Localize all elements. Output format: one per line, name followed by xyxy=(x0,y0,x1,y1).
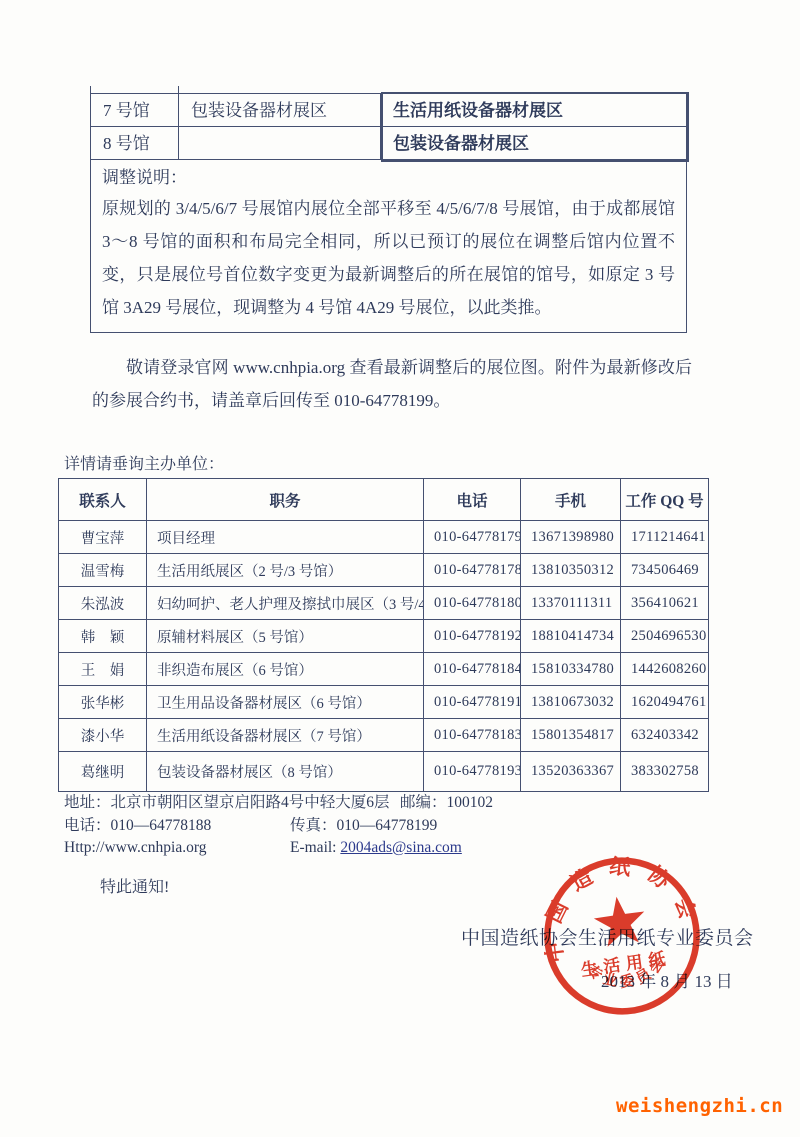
contact-table-header-row: 联系人 职务 电话 手机 工作 QQ 号 xyxy=(59,479,709,521)
table-row: 韩 颖 原辅材料展区（5 号馆） 010-64778192 1881041473… xyxy=(59,620,709,653)
cell-phone: 010-64778180 xyxy=(424,587,521,620)
cell-phone: 010-64778179 xyxy=(424,521,521,554)
cell-name: 王 娟 xyxy=(59,653,147,686)
scanned-notice-page: 7 号馆 包装设备器材展区 生活用纸设备器材展区 8 号馆 包装设备器材展区 调… xyxy=(0,0,800,1137)
cell-role: 生活用纸展区（2 号/3 号馆） xyxy=(147,554,424,587)
cell-role: 非织造布展区（6 号馆） xyxy=(147,653,424,686)
email-wrap: E-mail: 2004ads@sina.com xyxy=(290,837,462,860)
cell-phone: 010-64778192 xyxy=(424,620,521,653)
new-zone-cell: 生活用纸设备器材展区 xyxy=(381,94,686,127)
cell-qq: 2504696530 xyxy=(621,620,709,653)
cell-role: 原辅材料展区（5 号馆） xyxy=(147,620,424,653)
email-label: E-mail: xyxy=(290,839,340,856)
contact-intro-line: 详情请垂询主办单位： xyxy=(64,451,224,474)
cell-name: 漆小华 xyxy=(59,719,147,752)
cell-role: 生活用纸设备器材展区（7 号馆） xyxy=(147,719,424,752)
cell-qq: 356410621 xyxy=(621,587,709,620)
hall-number-cell: 8 号馆 xyxy=(91,127,179,160)
cell-role: 妇幼呵护、老人护理及擦拭巾展区（3 号/4 号馆） xyxy=(147,587,424,620)
email-link[interactable]: 2004ads@sina.com xyxy=(340,839,461,856)
organizer-contact-block: 地址：北京市朝阳区望京启阳路4号中轻大厦6层 邮编：100102 电话：010—… xyxy=(64,792,704,860)
table-continuation-stub xyxy=(90,86,91,93)
postcode-text: 邮编：100102 xyxy=(400,792,493,815)
cell-name: 温雪梅 xyxy=(59,554,147,587)
cell-mobile: 13520363367 xyxy=(521,752,621,792)
header-position: 职务 xyxy=(147,479,424,521)
cell-role: 包装设备器材展区（8 号馆） xyxy=(147,752,424,792)
cell-mobile: 18810414734 xyxy=(521,620,621,653)
final-notice-text: 特此通知! xyxy=(100,874,169,897)
table-row: 王 娟 非织造布展区（6 号馆） 010-64778184 1581033478… xyxy=(59,653,709,686)
table-row: 张华彬 卫生用品设备器材展区（6 号馆） 010-64778191 138106… xyxy=(59,686,709,719)
fax-text: 传真：010—64778199 xyxy=(290,815,437,838)
cell-mobile: 13370111311 xyxy=(521,587,621,620)
official-seal-stamp: 中国造纸协会 生活用纸 专业委员会 xyxy=(537,855,707,1017)
cell-role: 卫生用品设备器材展区（6 号馆） xyxy=(147,686,424,719)
cell-name: 韩 颖 xyxy=(59,620,147,653)
website-text: Http://www.cnhpia.org xyxy=(64,839,207,856)
hall-adjustment-table: 7 号馆 包装设备器材展区 生活用纸设备器材展区 8 号馆 包装设备器材展区 调… xyxy=(90,93,687,333)
address-text: 地址：北京市朝阳区望京启阳路4号中轻大厦6层 xyxy=(64,794,390,811)
table-row: 曹宝萍 项目经理 010-64778179 13671398980 171121… xyxy=(59,521,709,554)
table-row: 温雪梅 生活用纸展区（2 号/3 号馆） 010-64778178 138103… xyxy=(59,554,709,587)
cell-name: 葛继明 xyxy=(59,752,147,792)
cell-phone: 010-64778193 xyxy=(424,752,521,792)
phone-fax-line: 电话：010—64778188 传真：010—64778199 xyxy=(64,815,704,838)
cell-qq: 383302758 xyxy=(621,752,709,792)
site-watermark: weishengzhi.cn xyxy=(616,1095,783,1117)
header-mobile: 手机 xyxy=(521,479,621,521)
new-zone-cell: 包装设备器材展区 xyxy=(381,127,686,160)
hall-number-cell: 7 号馆 xyxy=(91,94,179,127)
table-row: 朱泓波 妇幼呵护、老人护理及擦拭巾展区（3 号/4 号馆） 010-647781… xyxy=(59,587,709,620)
cell-name: 朱泓波 xyxy=(59,587,147,620)
header-phone: 电话 xyxy=(424,479,521,521)
cell-mobile: 13810673032 xyxy=(521,686,621,719)
adjustment-note-cell: 调整说明： 原规划的 3/4/5/6/7 号展馆内展位全部平移至 4/5/6/7… xyxy=(91,160,686,332)
cell-qq: 1620494761 xyxy=(621,686,709,719)
contact-table: 联系人 职务 电话 手机 工作 QQ 号 曹宝萍 项目经理 010-647781… xyxy=(58,478,709,792)
cell-mobile: 15810334780 xyxy=(521,653,621,686)
header-qq: 工作 QQ 号 xyxy=(621,479,709,521)
website-notice-paragraph: 敬请登录官网 www.cnhpia.org 查看最新调整后的展位图。附件为最新修… xyxy=(92,351,692,417)
cell-phone: 010-64778191 xyxy=(424,686,521,719)
table-row: 葛继明 包装设备器材展区（8 号馆） 010-64778193 13520363… xyxy=(59,752,709,792)
cell-name: 曹宝萍 xyxy=(59,521,147,554)
old-zone-cell: 包装设备器材展区 xyxy=(179,94,381,127)
address-line: 地址：北京市朝阳区望京启阳路4号中轻大厦6层 邮编：100102 xyxy=(64,792,704,815)
cell-mobile: 13810350312 xyxy=(521,554,621,587)
cell-phone: 010-64778183 xyxy=(424,719,521,752)
table-row: 漆小华 生活用纸设备器材展区（7 号馆） 010-64778183 158013… xyxy=(59,719,709,752)
table-continuation-stub xyxy=(178,86,179,93)
cell-phone: 010-64778184 xyxy=(424,653,521,686)
cell-mobile: 15801354817 xyxy=(521,719,621,752)
cell-qq: 632403342 xyxy=(621,719,709,752)
cell-qq: 734506469 xyxy=(621,554,709,587)
cell-phone: 010-64778178 xyxy=(424,554,521,587)
cell-mobile: 13671398980 xyxy=(521,521,621,554)
cell-qq: 1711214641 xyxy=(621,521,709,554)
phone-text: 电话：010—64778188 xyxy=(64,817,211,834)
hall-table-rows: 7 号馆 包装设备器材展区 生活用纸设备器材展区 8 号馆 包装设备器材展区 xyxy=(91,94,686,160)
adjustment-note-title: 调整说明： xyxy=(102,164,675,192)
adjustment-note-body: 原规划的 3/4/5/6/7 号展馆内展位全部平移至 4/5/6/7/8 号展馆… xyxy=(102,192,675,324)
cell-qq: 1442608260 xyxy=(621,653,709,686)
cell-role: 项目经理 xyxy=(147,521,424,554)
cell-name: 张华彬 xyxy=(59,686,147,719)
header-contact-person: 联系人 xyxy=(59,479,147,521)
old-zone-cell xyxy=(179,127,381,160)
star-icon xyxy=(591,893,648,948)
